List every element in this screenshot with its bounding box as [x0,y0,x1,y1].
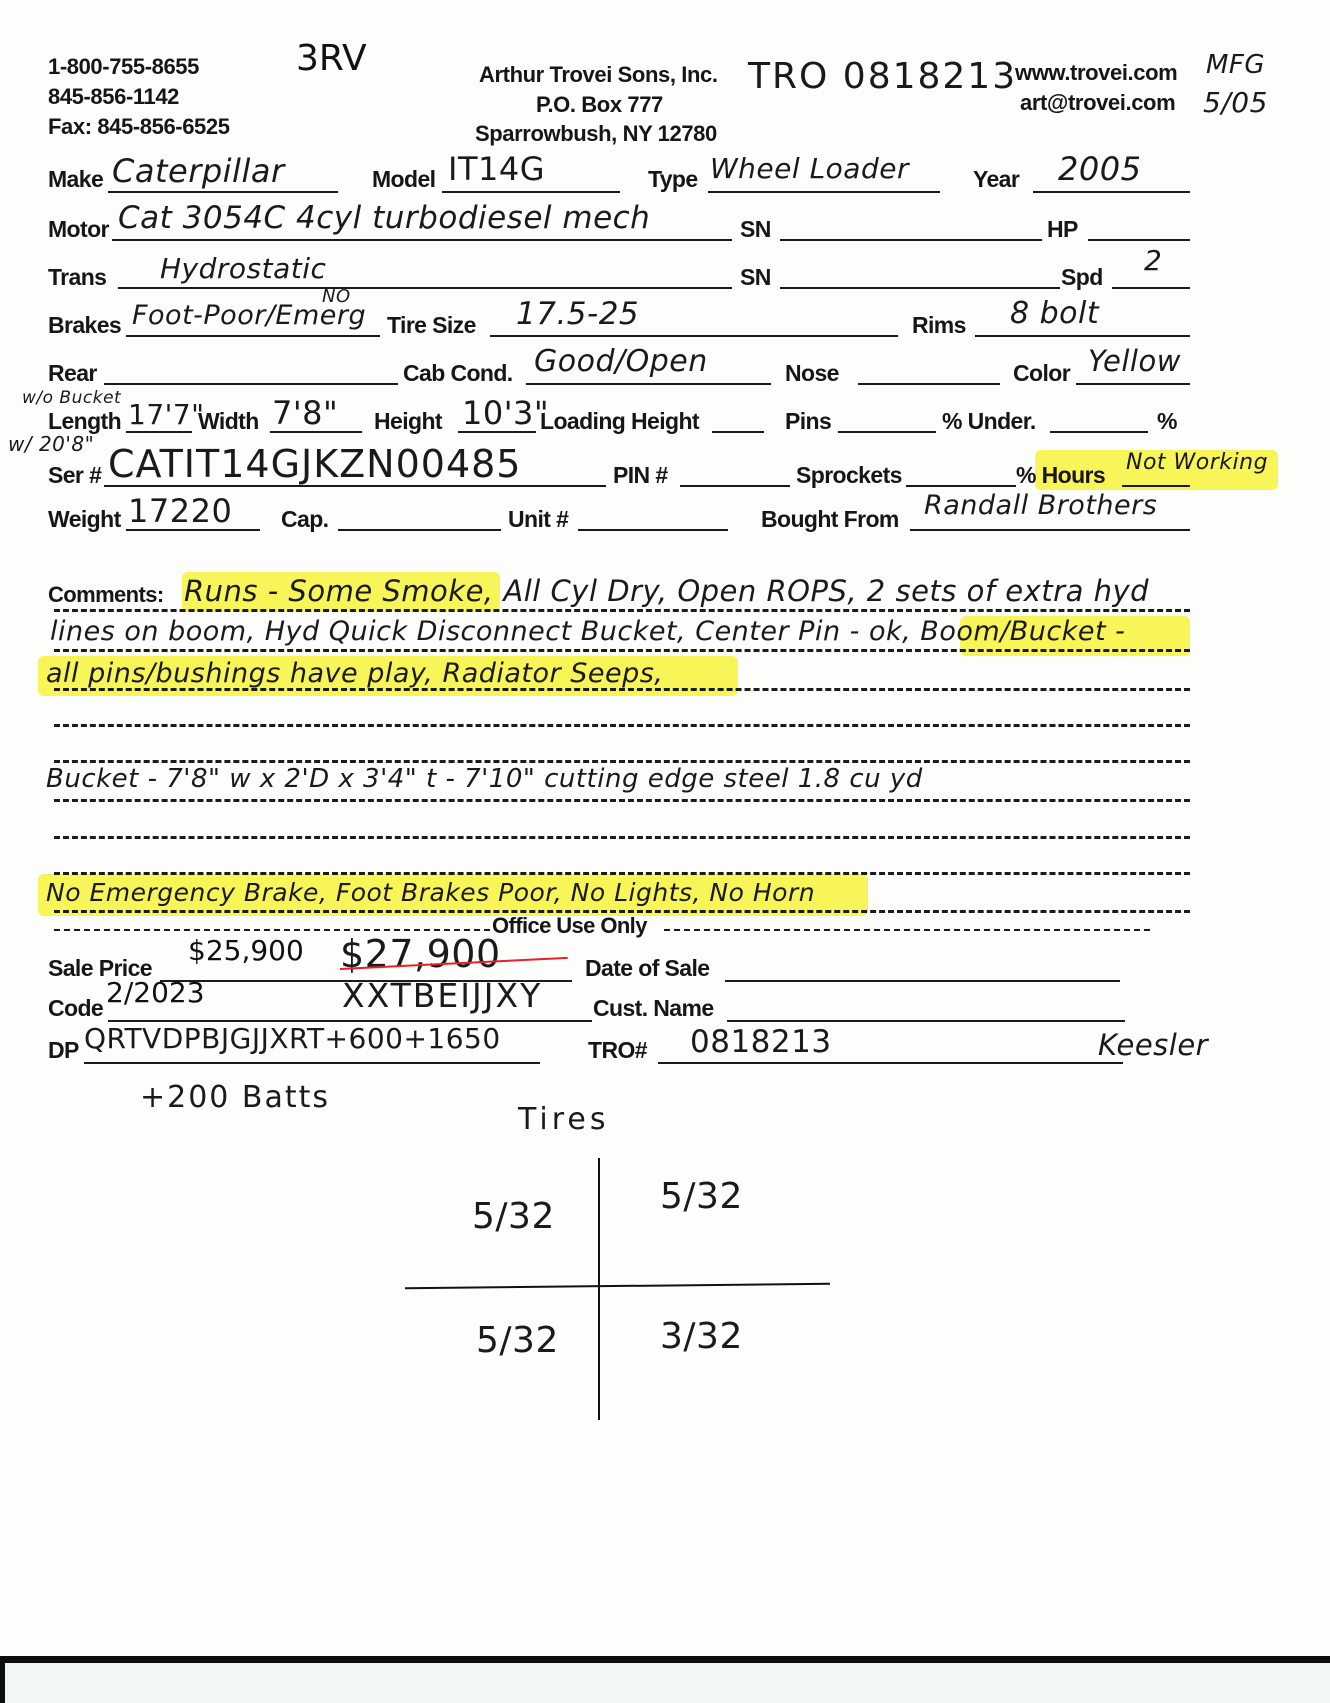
hours-line [1122,485,1190,487]
pins-line [838,431,936,433]
cap-label: Cap. [281,506,328,533]
spd-label: Spd [1061,264,1103,291]
comment-line-5[interactable]: Bucket - 7'8" w x 2'D x 3'4" t - 7'10" c… [46,764,923,794]
weight-label: Weight [48,506,121,533]
under-line [1050,431,1148,433]
model-label: Model [372,166,435,193]
comment-line [54,836,1190,839]
mfg-note: MFG [1206,50,1265,80]
bought-from-value[interactable]: Randall Brothers [924,490,1157,521]
phone-2: 845-856-1142 [48,84,179,110]
make-line [108,191,338,193]
brakes-label: Brakes [48,312,121,339]
pin-line [680,485,790,487]
website-link[interactable]: www.trovei.com [1015,60,1177,86]
trans-line [118,287,732,289]
under-suffix: % [1157,408,1177,435]
scan-edge-left [0,1656,5,1703]
hours-label: % Hours [1016,462,1105,489]
width-value[interactable]: 7'8" [272,394,338,432]
cab-cond-value[interactable]: Good/Open [534,344,708,379]
cust-name-line [727,1020,1125,1022]
unit-label: Unit # [508,506,568,533]
brakes-line [126,335,380,337]
pins-label: Pins [785,408,831,435]
scan-edge-bar [0,1656,1330,1663]
tire-size-value[interactable]: 17.5-25 [516,296,639,332]
color-label: Color [1013,360,1070,387]
rims-label: Rims [912,312,966,339]
type-value[interactable]: Wheel Loader [710,152,909,185]
color-line [1076,383,1190,385]
email-link[interactable]: art@trovei.com [1020,90,1175,116]
sprockets-line [906,485,1016,487]
comment-line [54,799,1190,802]
typed-code: 3RV [296,38,367,79]
fax-number: Fax: 845-856-6525 [48,114,230,140]
comment-line [54,872,1190,875]
nose-label: Nose [785,360,839,387]
weight-value[interactable]: 17220 [128,492,232,530]
dp-line [84,1062,540,1064]
bought-from-line [910,529,1190,531]
sale-price-new[interactable]: $25,900 [188,934,304,967]
type-line [708,191,940,193]
unit-line [578,529,728,531]
comment-line [54,609,1190,612]
comment-text: lines on boom, Hyd Quick Disconnect Buck… [50,616,920,647]
brakes-note: NO [322,286,351,307]
height-value[interactable]: 10'3" [462,394,549,432]
comment-highlighted-text: Runs - Some Smoke, [184,574,494,608]
motor-sn-line [780,239,1042,241]
dp-value[interactable]: QRTVDPBJGJJXRT+600+1650 [84,1022,501,1055]
year-label: Year [973,166,1019,193]
comment-highlighted-text: all pins/bushings have play, Radiator Se… [46,658,663,689]
comment-line [54,649,1190,652]
nose-line [858,383,1000,385]
trans-sn-line [780,287,1060,289]
tire-rear-right: 3/32 [660,1316,743,1357]
width-label: Width [198,408,259,435]
sale-price-old: $27,900 [340,932,501,976]
comment-line [54,724,1190,727]
ser-value[interactable]: CATIT14GJKZN00485 [108,442,521,486]
comment-line-3[interactable]: all pins/bushings have play, Radiator Se… [46,658,663,689]
comment-text: All Cyl Dry, Open ROPS, 2 sets of extra … [494,574,1149,608]
sprockets-label: Sprockets [796,462,902,489]
loading-height-label: Loading Height [540,408,699,435]
comment-line [54,760,1190,763]
salesperson-name: Keesler [1098,1028,1208,1062]
height-label: Height [374,408,442,435]
motor-sn-label: SN [740,216,771,243]
tire-front-right: 5/32 [660,1176,743,1217]
company-name: Arthur Trovei Sons, Inc. [479,62,718,88]
comment-line-2[interactable]: lines on boom, Hyd Quick Disconnect Buck… [50,616,1125,647]
code-handwritten: XXTBEIJJXY [342,976,542,1015]
scan-bottom-margin [0,1663,1330,1703]
dp-label: DP [48,1037,79,1064]
extra-note: +200 Batts [140,1080,330,1115]
tire-size-line [490,335,898,337]
office-divider-left [54,929,490,931]
year-value[interactable]: 2005 [1058,150,1141,188]
under-label: % Under. [942,408,1036,435]
date-of-sale-label: Date of Sale [585,955,709,982]
length-line [126,431,192,433]
length-note-below: w/ 20'8" [8,432,94,456]
cap-line [338,529,501,531]
tro-handwritten: TRO 0818213 [748,56,1017,97]
tire-front-left: 5/32 [472,1196,555,1237]
model-line [442,191,620,193]
phone-1: 1-800-755-8655 [48,54,199,80]
length-value[interactable]: 17'7" [128,398,205,431]
office-use-only-label: Office Use Only [492,913,647,939]
tro-line [658,1062,1123,1064]
type-label: Type [648,166,698,193]
length-label: Length [48,408,121,435]
spd-value[interactable]: 2 [1144,244,1162,277]
comment-highlighted-text: Boom/Bucket - [920,616,1125,647]
comment-highlighted-text: No Emergency Brake, Foot Brakes Poor, No… [46,878,815,907]
pin-label: PIN # [613,462,668,489]
length-note-above: w/o Bucket [22,388,121,408]
company-city: Sparrowbush, NY 12780 [475,121,717,147]
ser-label: Ser # [48,462,101,489]
office-divider-right [664,929,1150,931]
hp-label: HP [1047,216,1078,243]
bought-from-label: Bought From [761,506,899,533]
mfg-date: 5/05 [1203,86,1268,119]
comments-label: Comments: [48,582,164,608]
tire-rear-left: 5/32 [476,1320,559,1361]
motor-value[interactable]: Cat 3054C 4cyl turbodiesel mech [118,200,650,236]
trans-value[interactable]: Hydrostatic [160,252,326,285]
tire-size-label: Tire Size [387,312,476,339]
tires-horizontal-divider [405,1283,830,1289]
cab-cond-line [526,383,771,385]
comment-line-7[interactable]: No Emergency Brake, Foot Brakes Poor, No… [46,878,815,907]
rims-value[interactable]: 8 bolt [1010,296,1099,331]
motor-line [112,239,732,241]
po-box: P.O. Box 777 [536,92,663,118]
color-value[interactable]: Yellow [1088,344,1181,378]
year-line [1033,191,1190,193]
comment-line-1[interactable]: Runs - Some Smoke, All Cyl Dry, Open ROP… [184,574,1149,608]
rear-label: Rear [48,360,97,387]
cust-name-label: Cust. Name [593,995,714,1022]
make-label: Make [48,166,103,193]
hours-value[interactable]: Not Working [1126,450,1268,475]
tires-vertical-divider [598,1158,600,1420]
spd-line [1112,287,1190,289]
tires-title: Tires [518,1102,610,1137]
cab-cond-label: Cab Cond. [403,360,513,387]
hp-line [1088,239,1190,241]
code-label: Code [48,995,103,1022]
trans-label: Trans [48,264,106,291]
date-of-sale-line [725,980,1120,982]
tro-value[interactable]: 0818213 [690,1024,832,1060]
trans-sn-label: SN [740,264,771,291]
loading-height-line [712,431,764,433]
rear-line [104,383,398,385]
model-value[interactable]: IT14G [448,150,545,188]
motor-label: Motor [48,216,109,243]
make-value[interactable]: Caterpillar [112,152,285,190]
rims-line [975,335,1190,337]
tro-label: TRO# [588,1037,647,1064]
code-value[interactable]: 2/2023 [106,976,205,1009]
